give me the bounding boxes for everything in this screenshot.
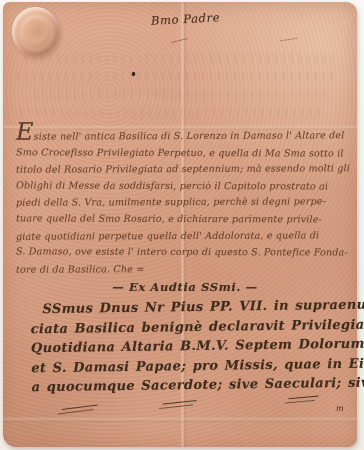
footnote-mark: m (336, 404, 344, 413)
seal-relief-design (20, 15, 51, 48)
manuscript-line: piedi della S. Vra, umilmente supplica, … (16, 195, 352, 213)
closing-flourish-stroke (159, 400, 197, 409)
manuscript-line: tuare quella del Smo Rosario, e dichiara… (16, 211, 352, 229)
pencil-mark (280, 38, 298, 42)
manuscript-line: S. Damaso, ove esiste l' intero corpo di… (16, 245, 352, 263)
rescript-body-latin: SSmus Dnus Nr Pius PP. VII. in supraenun… (30, 296, 357, 399)
rescript-heading: — Ex Audtia SSmi. — (3, 280, 364, 294)
petition-body-italian: Esiste nell' antica Basilica di S. Loren… (16, 129, 352, 278)
manuscript-line: tore di da Basilica. Che = (16, 261, 352, 279)
manuscript-line: Oblighi di Messe da soddisfarsi, perciò … (16, 178, 352, 196)
bleed-through-line (28, 90, 327, 99)
embossed-blind-seal (12, 7, 59, 56)
closing-flourish-stroke (58, 405, 98, 414)
photo-backdrop: Bmo Padre Esiste nell' antica Basilica d… (0, 0, 364, 450)
bleed-through-line (15, 72, 334, 81)
manuscript-line: Esiste nell' antica Basilica di S. Loren… (16, 128, 352, 146)
bleed-through-text (15, 54, 347, 126)
bleed-through-line (15, 108, 320, 117)
manuscript-paper: Bmo Padre Esiste nell' antica Basilica d… (3, 2, 357, 447)
manuscript-line: titolo del Rosario Privilegiata ad septe… (16, 161, 352, 179)
horizontal-fold-crease-lower (3, 418, 357, 422)
manuscript-line: giate quotidiani perpetue quella dell' A… (16, 228, 352, 246)
closing-flourish-stroke (285, 396, 319, 403)
manuscript-line: Smo Crocefisso Privilegiato Perpetuo, e … (16, 145, 352, 163)
bleed-through-line (22, 54, 334, 63)
manuscript-line: a quocumque Sacerdote; sive Saeculari; s… (31, 374, 357, 398)
document-heading: Bmo Padre (151, 10, 221, 28)
